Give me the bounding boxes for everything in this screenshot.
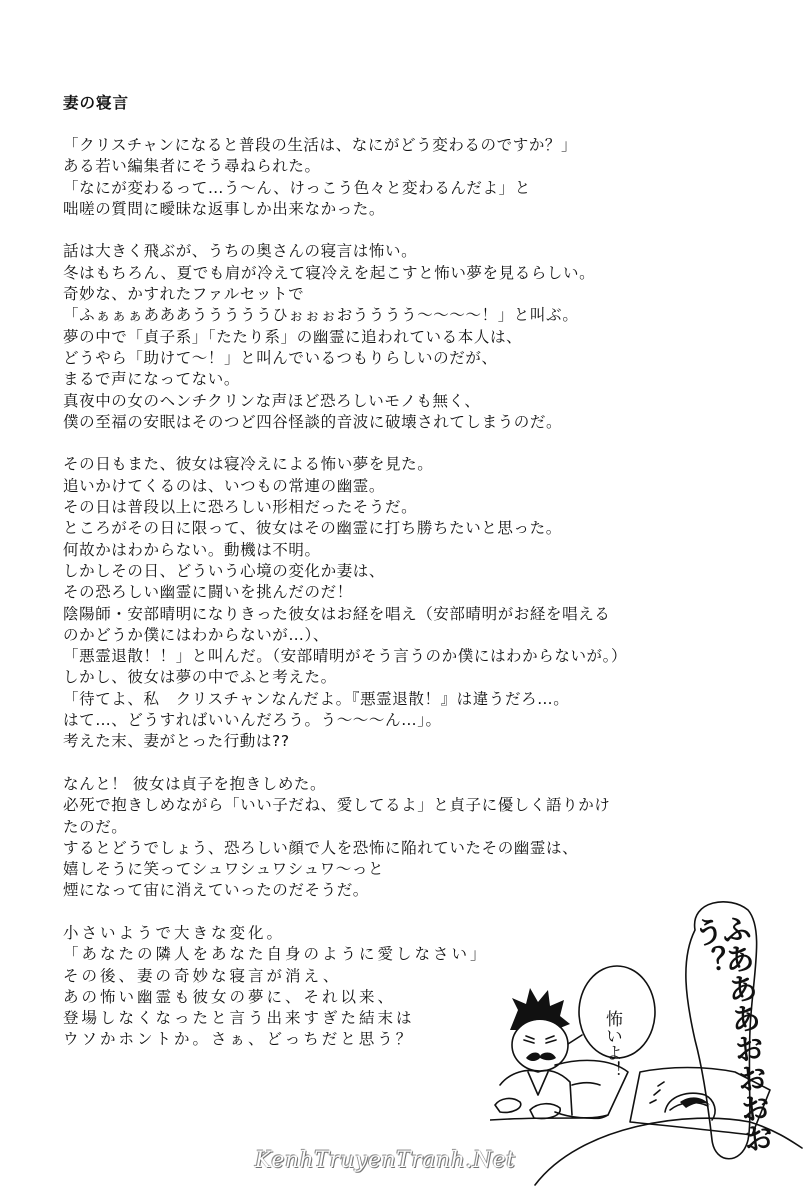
text-line: 「クリスチャンになると普段の生活は、なにがどう変わるのですか？」 xyxy=(63,135,783,156)
text-line: その恐ろしい幽霊に闘いを挑んだのだ！ xyxy=(63,582,783,603)
text-line: はて…、どうすればいいんだろう。う～～～ん…」。 xyxy=(63,710,783,731)
text-line: 咄嗟の質問に曖昧な返事しか出来なかった。 xyxy=(63,199,783,220)
text-line: するとどうでしょう、恐ろしい顔で人を恐怖に陥れていたその幽霊は、 xyxy=(63,838,783,859)
text-line: なんと！ 彼女は貞子を抱きしめた。 xyxy=(63,774,783,795)
text-line: たのだ。 xyxy=(63,817,783,838)
small-bubble-text: 怖いよ！ xyxy=(600,1010,622,1078)
text-line: しかしその日、どういう心境の変化か妻は、 xyxy=(63,561,783,582)
text-line: 話は大きく飛ぶが、うちの奥さんの寝言は怖い。 xyxy=(63,241,783,262)
paragraph-1: 「クリスチャンになると普段の生活は、なにがどう変わるのですか？」 ある若い編集者… xyxy=(63,135,783,220)
text-line: 冬はもちろん、夏でも肩が冷えて寝冷えを起こすと怖い夢を見るらしい。 xyxy=(63,263,783,284)
text-line: その日もまた、彼女は寝冷えによる怖い夢を見た。 xyxy=(63,454,783,475)
text-line: その日は普段以上に恐ろしい形相だったそうだ。 xyxy=(63,497,783,518)
manga-text-page: 妻の寝言 「クリスチャンになると普段の生活は、なにがどう変わるのですか？」 ある… xyxy=(0,0,809,1200)
paragraph-3: その日もまた、彼女は寝冷えによる怖い夢を見た。 追いかけてくるのは、いつもの常連… xyxy=(63,454,783,752)
watermark-logo: KenhTruyenTranh.Net xyxy=(255,1148,515,1173)
text-line: 「ふぁぁぁあああうううううひぉぉぉおうううう～～～～！」と叫ぶ。 xyxy=(63,305,783,326)
text-line: 僕の至福の安眠はそのつど四谷怪談的音波に破壊されてしまうのだ。 xyxy=(63,412,783,433)
text-line: まるで声になってない。 xyxy=(63,369,783,390)
text-line: 何故かはわからない。動機は不明。 xyxy=(63,540,783,561)
text-line: 必死で抱きしめながら「いい子だね、愛してるよ」と貞子に優しく語りかけ xyxy=(63,795,783,816)
text-line: 夢の中で「貞子系」「たたり系」の幽霊に追われている本人は、 xyxy=(63,327,783,348)
text-line: しかし、彼女は夢の中でふと考えた。 xyxy=(63,667,783,688)
text-line: 「なにが変わるって…う～ん、けっこう色々と変わるんだよ」と xyxy=(63,178,783,199)
text-line: 考えた末、妻がとった行動は?? xyxy=(63,731,783,752)
text-line: のかどうか僕にはわからないが…）、 xyxy=(63,625,783,646)
paragraph-4: なんと！ 彼女は貞子を抱きしめた。 必死で抱きしめながら「いい子だね、愛してるよ… xyxy=(63,774,783,902)
text-line: 「待てよ、私 クリスチャンなんだよ。『悪霊退散！』は違うだろ…。 xyxy=(63,689,783,710)
text-line: ところがその日に限って、彼女はその幽霊に打ち勝ちたいと思った。 xyxy=(63,518,783,539)
paragraph-2: 話は大きく飛ぶが、うちの奥さんの寝言は怖い。 冬はもちろん、夏でも肩が冷えて寝冷… xyxy=(63,241,783,433)
text-line: 奇妙な、かすれたファルセットで xyxy=(63,284,783,305)
text-line: 嬉しそうに笑ってシュワシュワシュワ～っと xyxy=(63,859,783,880)
text-line: 追いかけてくるのは、いつもの常連の幽霊。 xyxy=(63,476,783,497)
text-line: 真夜中の女のヘンチクリンな声ほど恐ろしいモノも無く、 xyxy=(63,391,783,412)
mustache-icon xyxy=(526,1053,556,1062)
text-line: 「悪霊退散！！」と叫んだ。（安部晴明がそう言うのか僕にはわからないが。） xyxy=(63,646,783,667)
text-line: ある若い編集者にそう尋ねられた。 xyxy=(63,156,783,177)
text-line: どうやら「助けて～！」と叫んでいるつもりらしいのだが、 xyxy=(63,348,783,369)
text-line: 陰陽師・安部晴明になりきった彼女はお経を唱え（安部晴明がお経を唱える xyxy=(63,604,783,625)
man-spiky-hair-icon xyxy=(510,988,570,1030)
page-title: 妻の寝言 xyxy=(63,93,129,114)
